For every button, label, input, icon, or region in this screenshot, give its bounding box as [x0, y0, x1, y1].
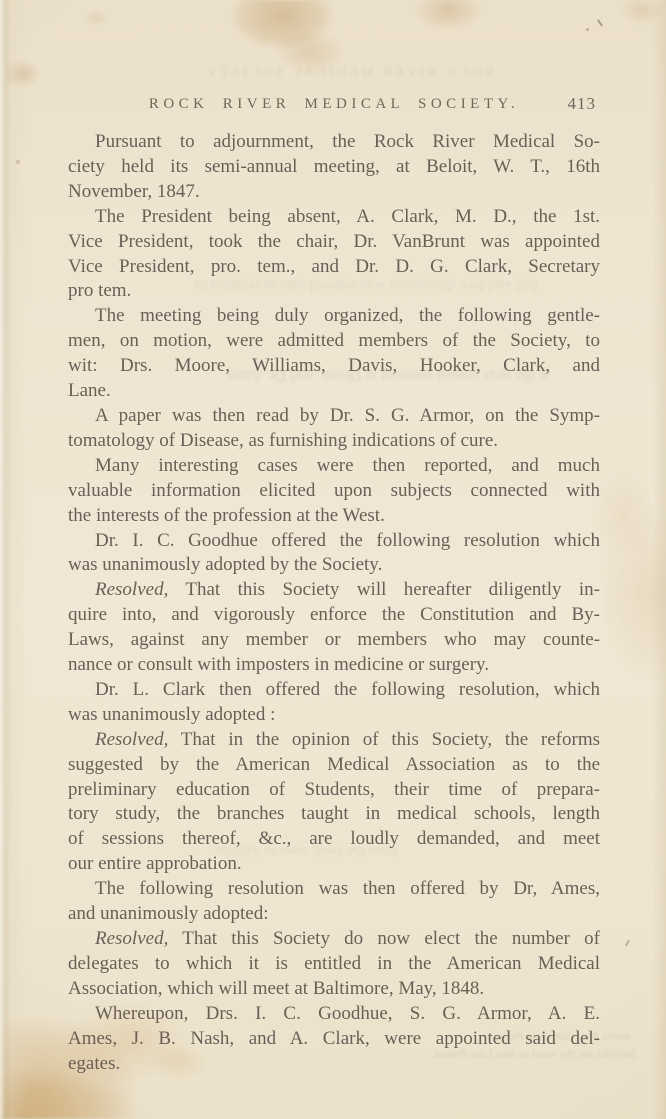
- vignette-overlay: [0, 0, 666, 1119]
- book-page: ROCK RIVER MEDICAL SOCIETY. full and fre…: [0, 0, 666, 1119]
